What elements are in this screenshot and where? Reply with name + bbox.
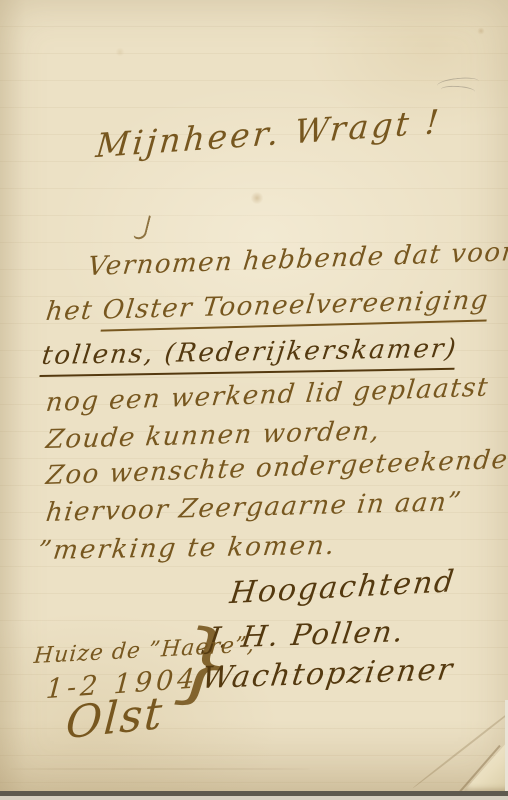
salutation-line: Mijnheer. Wragt !	[94, 102, 443, 165]
body-line-5: Zoude kunnen worden,	[44, 416, 382, 455]
signature-title: Wachtopziener	[200, 652, 457, 696]
closing-line: Hoogachtend	[228, 564, 458, 611]
underlined-text: Olster Tooneelvereeniging	[100, 285, 490, 331]
salutation-text: Mijnheer. Wragt !	[94, 102, 443, 165]
body-line-2: het Olster Tooneelvereeniging	[44, 285, 490, 327]
paper-crease	[10, 768, 310, 770]
body-text: Zoude kunnen worden,	[44, 416, 382, 455]
body-text: nog een werkend lid geplaatst	[44, 372, 490, 418]
scan-bottom-edge	[0, 796, 508, 800]
letter-paper: Mijnheer. Wragt ! Vernomen hebbende dat …	[0, 0, 508, 791]
city-line: Olst	[64, 687, 165, 749]
body-text: Vernomen hebbende dat voor	[86, 237, 508, 282]
body-text: ”merking te komen.	[36, 531, 338, 566]
body-line-3: tollens, (Rederijkerskamer)	[40, 334, 459, 371]
body-line-1: Vernomen hebbende dat voor	[86, 237, 508, 282]
body-line-4: nog een werkend lid geplaatst	[44, 372, 490, 418]
underlined-text: tollens, (Rederijkerskamer)	[39, 334, 459, 377]
body-text: hiervoor Zeergaarne in aan”	[44, 487, 463, 528]
stray-ink-flourish	[133, 213, 151, 241]
body-line-7: hiervoor Zeergaarne in aan”	[44, 487, 463, 528]
body-text: het	[44, 295, 104, 327]
dog-ear-fold	[464, 741, 508, 791]
body-line-8: ”merking te komen.	[36, 531, 338, 566]
scanned-letter: Mijnheer. Wragt ! Vernomen hebbende dat …	[0, 0, 508, 800]
